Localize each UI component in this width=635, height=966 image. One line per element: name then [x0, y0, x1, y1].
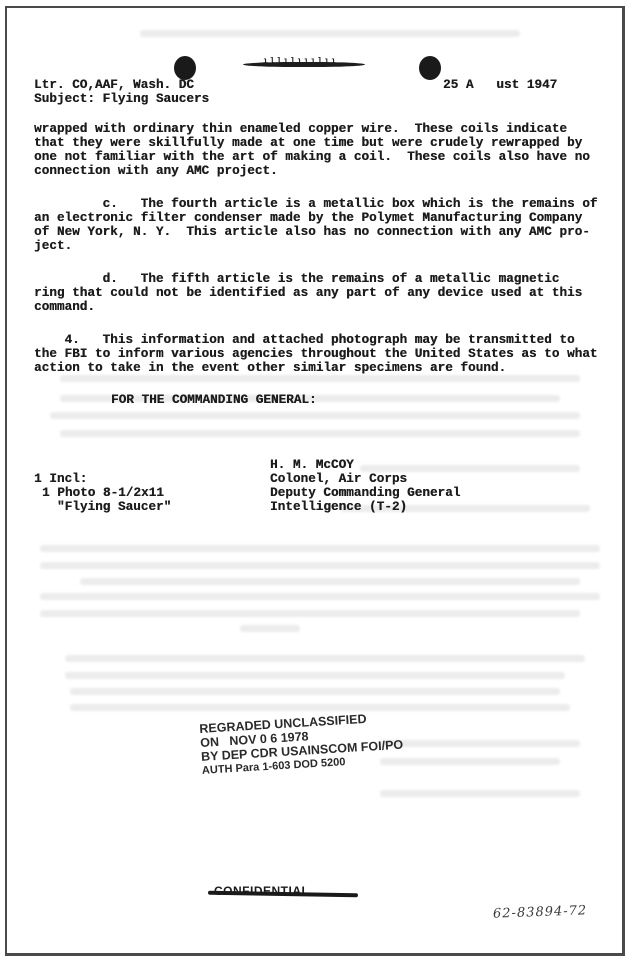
body-line: the FBI to inform various agencies throu… [34, 347, 597, 361]
body-line: ject. [34, 239, 72, 253]
body-line: c. The fourth article is a metallic box … [34, 197, 597, 211]
body-line: action to take in the event other simila… [34, 361, 506, 375]
body-line: connection with any AMC project. [34, 164, 278, 178]
redacted-header-mark: ıllılııılıı [243, 58, 365, 68]
body-line: of New York, N. Y. This article also has… [34, 225, 590, 239]
letter-reference: Ltr. CO,AAF, Wash. DC [34, 78, 194, 92]
closing-line: FOR THE COMMANDING GENERAL: [111, 393, 317, 407]
body-line: that they were skillfully made at one ti… [34, 136, 582, 150]
body-line: wrapped with ordinary thin enameled copp… [34, 122, 567, 136]
enclosure-label: 1 Incl: [34, 472, 87, 486]
subject-line: Subject: Flying Saucers [34, 92, 209, 106]
signer-division: Intelligence (T-2) [270, 500, 407, 514]
body-line: ring that could not be identified as any… [34, 286, 582, 300]
letter-date: 25 A ust 1947 [443, 78, 557, 92]
body-line: an electronic filter condenser made by t… [34, 211, 582, 225]
punch-hole-right [419, 56, 441, 80]
body-line: command. [34, 300, 95, 314]
body-line: d. The fifth article is the remains of a… [34, 272, 559, 286]
signer-title: Deputy Commanding General [270, 486, 460, 500]
enclosure-item: 1 Photo 8-1/2x11 [42, 486, 164, 500]
signer-rank: Colonel, Air Corps [270, 472, 407, 486]
signer-name: H. M. McCOY [270, 458, 354, 472]
enclosure-caption: "Flying Saucer" [57, 500, 171, 514]
body-line: one not familiar with the art of making … [34, 150, 590, 164]
classification-marking: CONFIDENTIAL [214, 884, 309, 898]
body-line: 4. This information and attached photogr… [34, 333, 575, 347]
